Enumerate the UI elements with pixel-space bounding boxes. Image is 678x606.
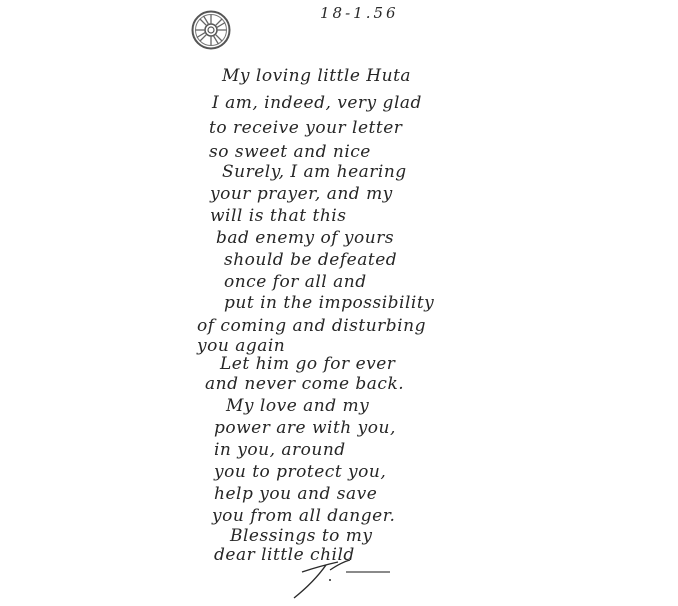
letter-page: 18-1.56 My loving little Huta I am, inde… bbox=[0, 0, 678, 606]
letter-line: put in the impossibility bbox=[224, 293, 434, 313]
letter-line: I am, indeed, very glad bbox=[212, 93, 422, 113]
letter-line: once for all and bbox=[224, 272, 367, 292]
letter-line: bad enemy of yours bbox=[216, 228, 394, 248]
letter-line: will is that this bbox=[210, 206, 346, 226]
letter-date: 18-1.56 bbox=[320, 4, 399, 22]
letter-line: you to protect you, bbox=[214, 462, 386, 482]
letter-line: you from all danger. bbox=[212, 506, 395, 526]
letter-line: of coming and disturbing bbox=[197, 316, 426, 336]
letter-line: you again bbox=[197, 336, 285, 356]
letter-line: and never come back. bbox=[205, 374, 404, 394]
letter-line: Blessings to my bbox=[230, 526, 373, 546]
letter-line: so sweet and nice bbox=[209, 142, 371, 162]
letter-line: Let him go for ever bbox=[220, 354, 395, 374]
letter-line: in you, around bbox=[214, 440, 346, 460]
letter-line: My loving little Huta bbox=[222, 66, 411, 86]
letter-line: your prayer, and my bbox=[210, 184, 393, 204]
signature-mark bbox=[290, 550, 400, 600]
letter-line: Surely, I am hearing bbox=[222, 162, 407, 182]
letter-line: to receive your letter bbox=[209, 118, 402, 138]
letter-line: My love and my bbox=[226, 396, 369, 416]
letter-line: should be defeated bbox=[224, 250, 397, 270]
letter-line: power are with you, bbox=[214, 418, 396, 438]
wheel-emblem-icon bbox=[191, 10, 231, 50]
letter-line: help you and save bbox=[214, 484, 377, 504]
